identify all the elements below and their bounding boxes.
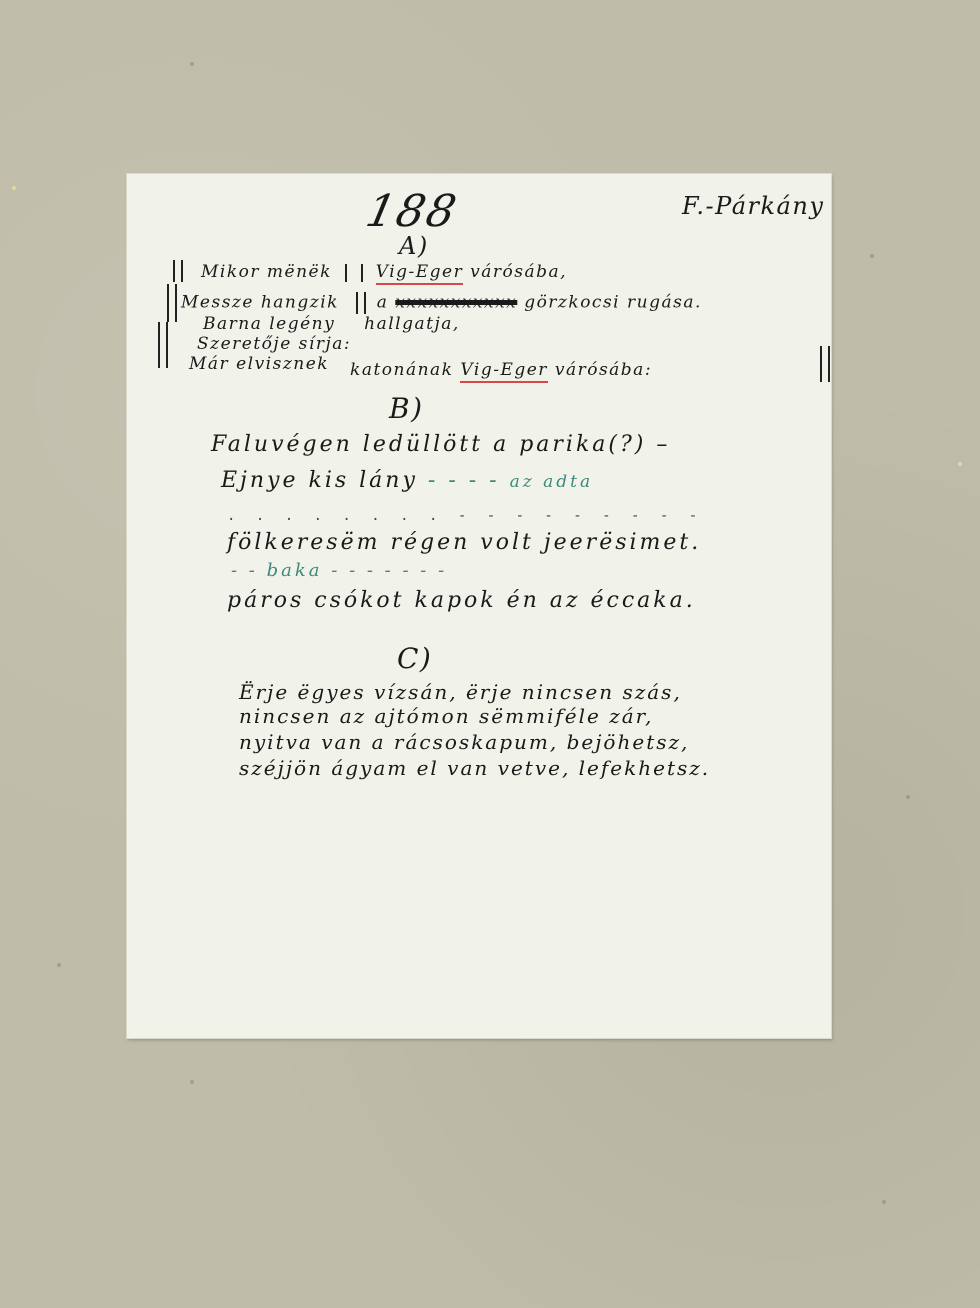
section-a-line-4: Szeretője sírja: [197,334,351,354]
mount-board: 188 F.-Párkány A) Mikor mënëk Vig-Eger v… [0,0,980,1308]
location-label: F.-Párkány [682,192,824,220]
section-b-line-2: Ejnye kis lány - - - - az adta [221,468,593,493]
green-annotation: baka [267,560,323,581]
speck [190,1080,194,1084]
underlined-place: Vig-Eger [376,262,464,285]
section-b-line-1: Faluvégen ledüllött a parika(?) – [211,432,670,457]
repeat-bar [167,284,177,322]
speck [57,963,61,967]
section-c-line-2: nincsen az ajtómon sëmmiféle zár, [239,704,653,728]
section-b-line-6: páros csókot kapok én az éccaka. [227,588,696,613]
section-b-label: B) [389,392,424,425]
speck [882,1200,886,1204]
section-c-line-4: széjjön ágyam el van vetve, lefekhetsz. [239,756,710,780]
manuscript-paper: 188 F.-Párkány A) Mikor mënëk Vig-Eger v… [127,174,831,1038]
dotted-omission-line: . . . . . . . . - - - - - - - - - [227,508,703,524]
section-a-line-2: Messze hangzik a xxxxxxxxxxx görzkocsi r… [181,292,702,314]
section-b-line-4: fölkeresëm régen volt jeerësimet. [227,530,701,555]
section-c-line-1: Ërje ëgyes vízsán, ërje nincsen szás, [239,680,682,704]
repeat-bar [356,292,366,314]
section-c-line-3: nyitva van a rácsoskapum, bejöhetsz, [239,730,689,754]
repeat-bar [820,346,830,382]
speck [12,186,16,190]
section-a-line-5: Már elvisznek katonának Vig-Eger várósáb… [189,354,652,374]
section-a-line-3: Barna legény hallgatja, [203,314,460,334]
speck [190,62,194,66]
speck [958,462,962,466]
page-number: 188 [362,186,463,237]
repeat-bar [173,260,183,282]
section-a-label: A) [399,232,429,260]
crossed-out-word: xxxxxxxxxxx [395,293,517,313]
repeat-bar [158,322,168,368]
speck [906,795,910,799]
section-c-label: C) [397,642,432,675]
green-annotation: az adta [510,472,593,492]
section-a-line-1: Mikor mënëk Vig-Eger várósába, [201,262,567,282]
section-b-line-5: - - baka - - - - - - - [231,560,447,581]
speck [870,254,874,258]
repeat-bar [345,264,363,282]
underlined-place: Vig-Eger [460,360,548,383]
